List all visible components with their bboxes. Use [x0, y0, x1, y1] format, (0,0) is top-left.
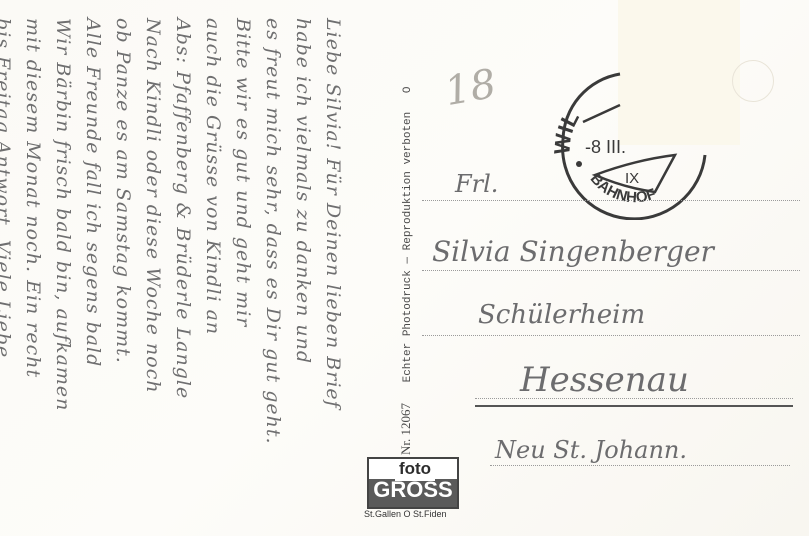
postmark-district: IX	[625, 170, 639, 187]
postcard-back: Liebe Silvia! Für Deinen lieben Brief ha…	[0, 0, 809, 536]
reproduction-notice: Echter Photodruck — Reproduktion verbote…	[402, 112, 414, 383]
address-line	[422, 335, 800, 336]
message-line: Alle Freunde fall ich segens bald	[78, 18, 108, 526]
address-line	[422, 200, 800, 201]
svg-text:WIL: WIL	[549, 107, 584, 155]
message-line: Bitte wir es gut und geht mir	[228, 18, 258, 526]
postmark-icon: WIL -8 III. IX BAHNHOF	[545, 60, 715, 220]
message-line: es freut mich sehr, dass es Dir gut geht…	[258, 18, 288, 526]
message-line: Abs: Pfaffenberg & Brüderle Langle	[168, 18, 198, 526]
postmark: WIL -8 III. IX BAHNHOF	[545, 60, 715, 220]
address-underline	[475, 405, 793, 407]
message-line: Liebe Silvia! Für Deinen lieben Brief	[318, 18, 348, 526]
address-city: Hessenau	[520, 360, 689, 400]
publisher-logo: foto GROSS	[367, 457, 459, 509]
address-line2: Schülerheim	[478, 300, 645, 330]
postmark-date: -8 III.	[585, 137, 626, 157]
printed-mark: O	[402, 87, 414, 94]
logo-gross: GROSS	[369, 477, 457, 503]
message-line: bis Freitag Antwort. Viele Liebe	[0, 18, 18, 526]
logo-caption: St.Gallen O St.Fiden	[364, 509, 447, 519]
message-line: auch die Grüsse von Kindli an	[198, 18, 228, 526]
handwritten-message: Liebe Silvia! Für Deinen lieben Brief ha…	[8, 0, 368, 536]
printed-caption: Nr. 12067 Echter Photodruck — Reprodukti…	[398, 87, 414, 455]
message-line: Nach Kindli oder diese Woche noch	[138, 18, 168, 526]
address-line	[422, 270, 800, 271]
pencil-mark: 18	[441, 61, 499, 115]
address-salutation: Frl.	[455, 170, 498, 198]
message-line: ob Panze es am Samstag kommt.	[108, 18, 138, 526]
stamp-ghost-circle	[732, 60, 774, 102]
message-line: mit diesem Monat noch. Ein recht	[18, 18, 48, 526]
message-line: habe ich vielmals zu danken und	[288, 18, 318, 526]
address-line	[490, 465, 790, 466]
address-name: Silvia Singenberger	[432, 235, 714, 268]
message-line: Wir Bärbin frisch bald bin, aufkamen	[48, 18, 78, 526]
card-number: Nr. 12067	[398, 403, 413, 455]
address-line4: Neu St. Johann.	[495, 436, 687, 464]
